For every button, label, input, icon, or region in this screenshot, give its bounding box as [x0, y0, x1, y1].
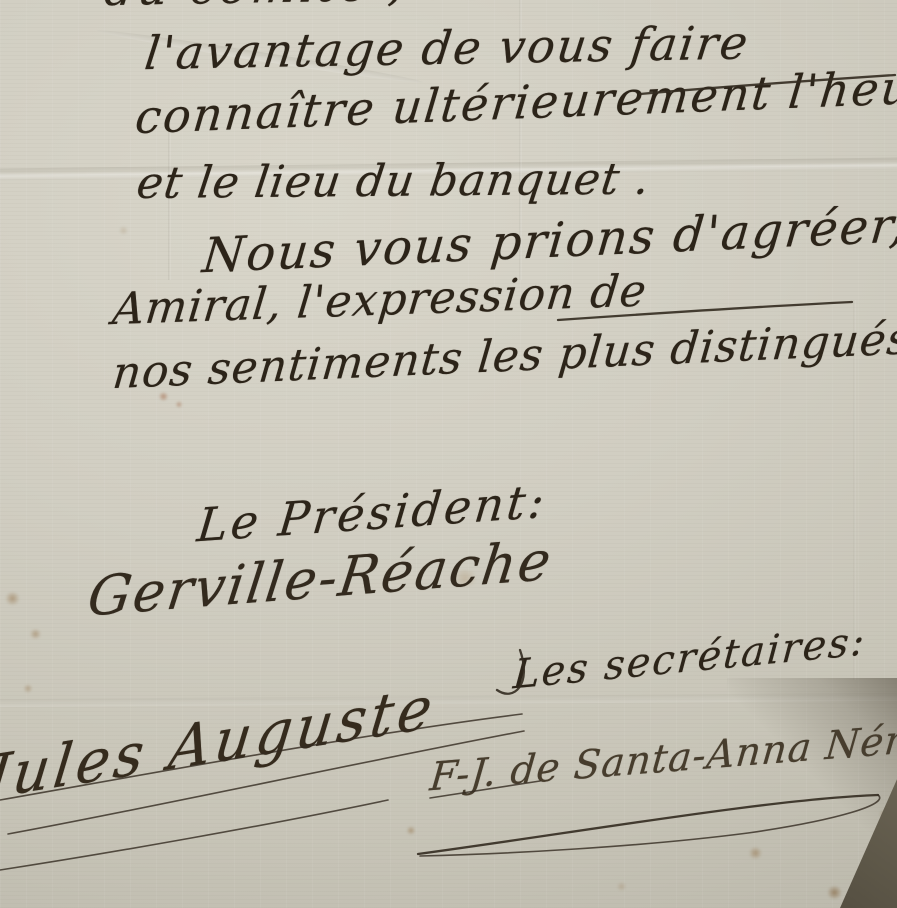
letter-photo: du comité ; nous aurons l'avantage de vo…: [0, 0, 897, 908]
letter-line-avantage: l'avantage de vous faire: [142, 19, 752, 76]
letter-line-lieu: et le lieu du banquet .: [134, 158, 653, 207]
